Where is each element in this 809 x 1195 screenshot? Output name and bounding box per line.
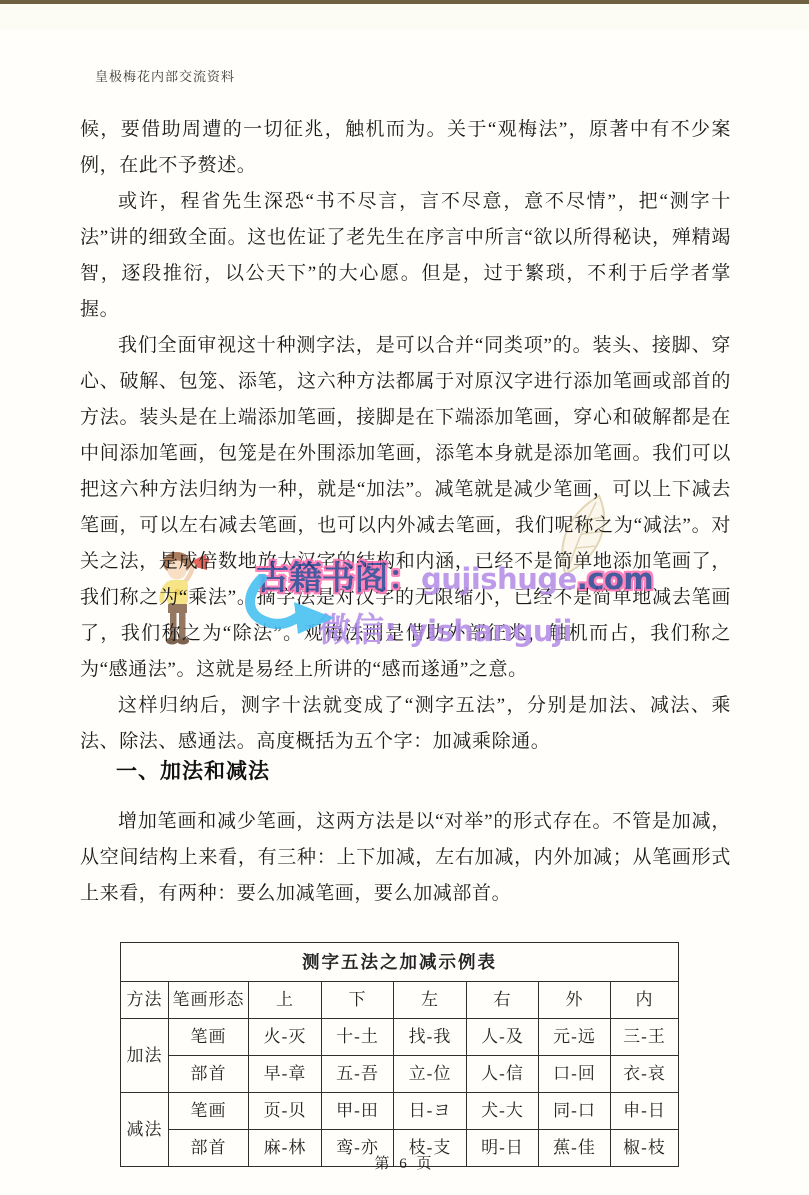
example-cell: 日-ヨ bbox=[394, 1093, 467, 1130]
example-cell: 人-及 bbox=[467, 1019, 539, 1056]
example-cell: 口-回 bbox=[539, 1056, 611, 1093]
paragraph-2: 或许，程省先生深恐“书不尽言，言不尽意，意不尽情”，把“测字十法”讲的细致全面。… bbox=[80, 184, 731, 328]
example-cell: 犬-大 bbox=[467, 1093, 539, 1130]
example-cell: 申-日 bbox=[611, 1093, 679, 1130]
example-cell: 找-我 bbox=[394, 1019, 467, 1056]
table-title: 测字五法之加减示例表 bbox=[121, 943, 679, 982]
example-cell: 甲-田 bbox=[322, 1093, 394, 1130]
example-cell: 十-土 bbox=[322, 1019, 394, 1056]
table-row: 减法 笔画 页-贝 甲-田 日-ヨ 犬-大 同-口 申-日 bbox=[121, 1093, 679, 1130]
example-cell: 元-远 bbox=[539, 1019, 611, 1056]
paragraph-4: 这样归纳后，测字十法就变成了“测字五法”，分别是加法、减法、乘法、除法、感通法。… bbox=[80, 688, 731, 760]
form-cell: 笔画 bbox=[169, 1019, 249, 1056]
watermark-site-name: gujishuge bbox=[421, 562, 577, 596]
paragraph-5: 增加笔画和减少笔画，这两方法是以“对举”的形式存在。不管是加减，从空间结构上来看… bbox=[80, 804, 731, 912]
col-header-bottom: 下 bbox=[322, 982, 394, 1019]
paragraph-1: 候，要借助周遭的一切征兆，触机而为。关于“观梅法”，原著中有不少案例，在此不予赘… bbox=[80, 112, 731, 184]
table-row: 加法 笔画 火-灭 十-土 找-我 人-及 元-远 三-王 bbox=[121, 1019, 679, 1056]
form-cell: 笔画 bbox=[169, 1093, 249, 1130]
table-row: 部首 早-章 五-吾 立-位 人-信 口-回 衣-哀 bbox=[121, 1056, 679, 1093]
example-cell: 衣-哀 bbox=[611, 1056, 679, 1093]
watermark-site-suffix: .com bbox=[577, 562, 653, 596]
form-cell: 部首 bbox=[169, 1056, 249, 1093]
example-table: 测字五法之加减示例表 方法 笔画形态 上 下 左 右 外 内 加法 笔画 火-灭… bbox=[120, 942, 679, 1167]
watermark-wechat-id: yishanguji bbox=[409, 614, 572, 648]
col-header-inner: 内 bbox=[611, 982, 679, 1019]
document-header: 皇极梅花内部交流资料 bbox=[95, 66, 235, 85]
example-cell: 人-信 bbox=[467, 1056, 539, 1093]
example-cell: 立-位 bbox=[394, 1056, 467, 1093]
example-cell: 三-王 bbox=[611, 1019, 679, 1056]
col-header-method: 方法 bbox=[121, 982, 169, 1019]
col-header-right: 右 bbox=[467, 982, 539, 1019]
table-header-row: 方法 笔画形态 上 下 左 右 外 内 bbox=[121, 982, 679, 1019]
example-cell: 同-口 bbox=[539, 1093, 611, 1130]
method-cell: 加法 bbox=[121, 1019, 169, 1093]
col-header-top: 上 bbox=[249, 982, 322, 1019]
watermark-wechat-line: 微信: yishanguji bbox=[318, 604, 572, 651]
example-cell: 火-灭 bbox=[249, 1019, 322, 1056]
example-cell: 页-贝 bbox=[249, 1093, 322, 1130]
col-header-left: 左 bbox=[394, 982, 467, 1019]
page-number: 第 6 页 bbox=[0, 1152, 809, 1173]
scan-tint-band bbox=[0, 4, 809, 30]
example-cell: 五-吾 bbox=[322, 1056, 394, 1093]
document-page: 皇极梅花内部交流资料 候，要借助周遭的一切征兆，触机而为。关于“观梅法”，原著中… bbox=[0, 0, 809, 1195]
example-cell: 早-章 bbox=[249, 1056, 322, 1093]
col-header-stroke-form: 笔画形态 bbox=[169, 982, 249, 1019]
swoosh-arrow-icon bbox=[244, 574, 338, 638]
col-header-outer: 外 bbox=[539, 982, 611, 1019]
